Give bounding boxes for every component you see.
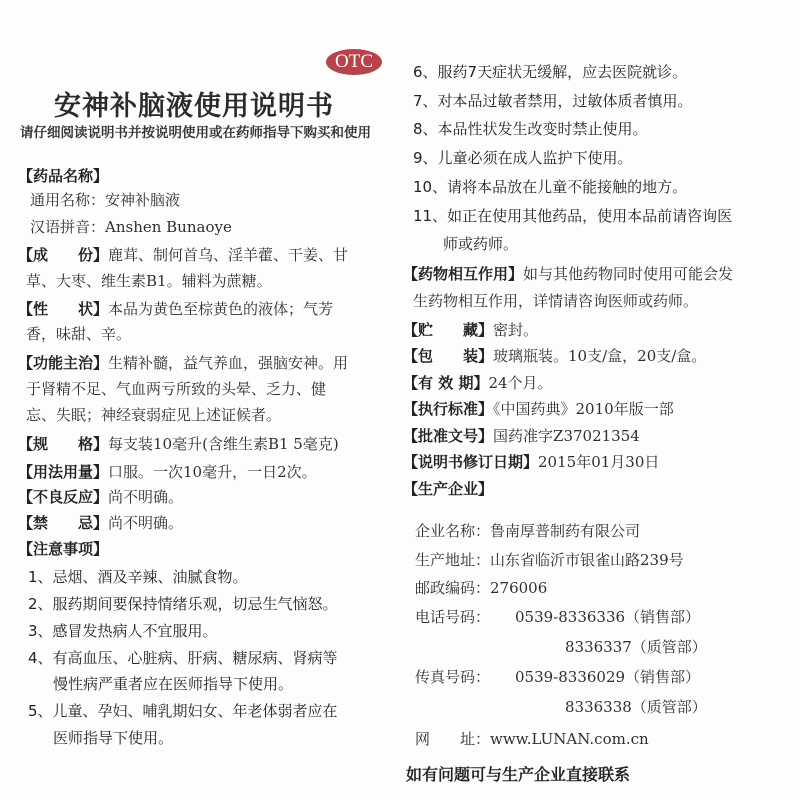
precaution-item: 7、对本品过敏者禁用，过敏体质者慎用。	[413, 90, 693, 111]
specification-value: 每支装10毫升(含维生素B1 5毫克)	[108, 435, 339, 453]
revision-value: 2015年01月30日	[538, 453, 659, 471]
approval-label: 【批准文号】	[403, 427, 493, 445]
company-website: 网 址：www.LUNAN.com.cn	[415, 728, 649, 750]
phone-sales: 0539-8336336（销售部）	[515, 606, 700, 628]
contraindications-value: 尚不明确。	[108, 514, 183, 532]
indications-row: 【功能主治】生精补髓，益气养血，强脑安神。用	[18, 352, 348, 374]
fax-label: 传真号码：	[415, 666, 490, 688]
company-name: 企业名称：鲁南厚普制药有限公司	[415, 520, 640, 542]
precaution-item: 8、本品性状发生改变时禁止使用。	[413, 118, 648, 139]
packaging-row: 【包 装】玻璃瓶装。10支/盒，20支/盒。	[403, 345, 706, 367]
packaging-label: 【包 装】	[403, 347, 493, 365]
phone-qa: 8336337（质管部）	[565, 636, 707, 658]
manufacturer-heading: 【生产企业】	[403, 478, 493, 500]
standard-value: 《中国药典》2010年版一部	[493, 400, 674, 418]
standard-label: 【执行标准】	[403, 400, 493, 418]
dosage-row: 【用法用量】口服。一次10毫升，一日2次。	[18, 461, 317, 483]
precaution-item: 10、请将本品放在儿童不能接触的地方。	[413, 176, 687, 197]
precaution-item: 9、儿童必须在成人监护下使用。	[413, 147, 633, 168]
approval-value: 国药准字Z37021354	[493, 427, 640, 445]
revision-row: 【说明书修订日期】2015年01月30日	[403, 451, 659, 473]
otc-badge: OTC	[326, 49, 382, 75]
expiry-label: 【有 效 期】	[403, 374, 488, 392]
ingredients-line2: 草、大枣、维生素B1。辅料为蔗糖。	[26, 270, 272, 292]
storage-label: 【贮 藏】	[403, 321, 493, 339]
precaution-item: 4、有高血压、心脏病、肝病、糖尿病、肾病等	[28, 647, 338, 668]
precaution-item-cont: 医师指导下使用。	[53, 727, 173, 748]
appearance-row: 【性 状】本品为黄色至棕黄色的液体；气芳	[18, 298, 333, 320]
adverse-label: 【不良反应】	[18, 488, 108, 506]
storage-row: 【贮 藏】密封。	[403, 319, 538, 341]
appearance-label: 【性 状】	[18, 300, 108, 318]
precautions-heading: 【注意事项】	[18, 538, 108, 560]
specification-label: 【规 格】	[18, 435, 108, 453]
phone-label: 电话号码：	[415, 606, 490, 628]
precaution-item-cont: 慢性病严重者应在医师指导下使用。	[53, 673, 293, 694]
contact-footer: 如有问题可与生产企业直接联系	[406, 762, 630, 785]
ingredients-line1: 鹿茸、制何首乌、淫羊藿、干姜、甘	[108, 246, 348, 264]
indications-line1: 生精补髓，益气养血，强脑安神。用	[108, 354, 348, 372]
revision-label: 【说明书修订日期】	[403, 453, 538, 471]
expiry-row: 【有 效 期】24个月。	[403, 372, 553, 394]
storage-value: 密封。	[493, 321, 538, 339]
indications-line3: 忘、失眠；神经衰弱症见上述证候者。	[26, 404, 281, 426]
interactions-line1: 如与其他药物同时使用可能会发	[523, 265, 733, 283]
expiry-value: 24个月。	[488, 374, 552, 392]
company-address: 生产地址：山东省临沂市银雀山路239号	[415, 549, 684, 571]
packaging-value: 玻璃瓶装。10支/盒，20支/盒。	[493, 347, 706, 365]
precaution-item: 1、忌烟、酒及辛辣、油腻食物。	[28, 566, 248, 587]
pinyin-name: 汉语拼音：Anshen Bunaoye	[30, 216, 232, 238]
standard-row: 【执行标准】《中国药典》2010年版一部	[403, 398, 674, 420]
appearance-line1: 本品为黄色至棕黄色的液体；气芳	[108, 300, 333, 318]
contraindications-label: 【禁 忌】	[18, 514, 108, 532]
interactions-label: 【药物相互作用】	[403, 265, 523, 283]
dosage-value: 口服。一次10毫升，一日2次。	[108, 463, 317, 481]
precaution-item-cont: 师或药师。	[443, 233, 518, 254]
fax-sales: 0539-8336029（销售部）	[515, 666, 700, 688]
precaution-item: 3、感冒发热病人不宜服用。	[28, 620, 218, 641]
document-subtitle: 请仔细阅读说明书并按说明使用或在药师指导下购买和使用	[20, 121, 371, 141]
interactions-line2: 生药物相互作用，详情请咨询医师或药师。	[413, 290, 698, 312]
precaution-item: 6、服药7天症状无缓解，应去医院就诊。	[413, 61, 687, 82]
indications-line2: 于肾精不足、气血两亏所致的头晕、乏力、健	[26, 378, 326, 400]
precaution-item: 5、儿童、孕妇、哺乳期妇女、年老体弱者应在	[28, 700, 338, 721]
precaution-item: 2、服药期间要保持情绪乐观，切忌生气恼怒。	[28, 593, 338, 614]
indications-label: 【功能主治】	[18, 354, 108, 372]
ingredients-label: 【成 份】	[18, 246, 108, 264]
appearance-line2: 香，味甜、辛。	[26, 323, 131, 345]
approval-row: 【批准文号】国药准字Z37021354	[403, 425, 640, 447]
dosage-label: 【用法用量】	[18, 463, 108, 481]
interactions-row: 【药物相互作用】如与其他药物同时使用可能会发	[403, 263, 733, 285]
precaution-item: 11、如正在使用其他药品，使用本品前请咨询医	[413, 205, 732, 226]
generic-name: 通用名称：安神补脑液	[30, 189, 180, 211]
fax-qa: 8336338（质管部）	[565, 696, 707, 718]
adverse-row: 【不良反应】尚不明确。	[18, 486, 183, 508]
ingredients-row: 【成 份】鹿茸、制何首乌、淫羊藿、干姜、甘	[18, 244, 348, 266]
drug-name-heading: 【药品名称】	[18, 165, 108, 187]
company-postcode: 邮政编码：276006	[415, 577, 547, 599]
document-title: 安神补脑液使用说明书	[54, 84, 334, 123]
contraindications-row: 【禁 忌】尚不明确。	[18, 512, 183, 534]
specification-row: 【规 格】每支装10毫升(含维生素B1 5毫克)	[18, 433, 339, 455]
adverse-value: 尚不明确。	[108, 488, 183, 506]
